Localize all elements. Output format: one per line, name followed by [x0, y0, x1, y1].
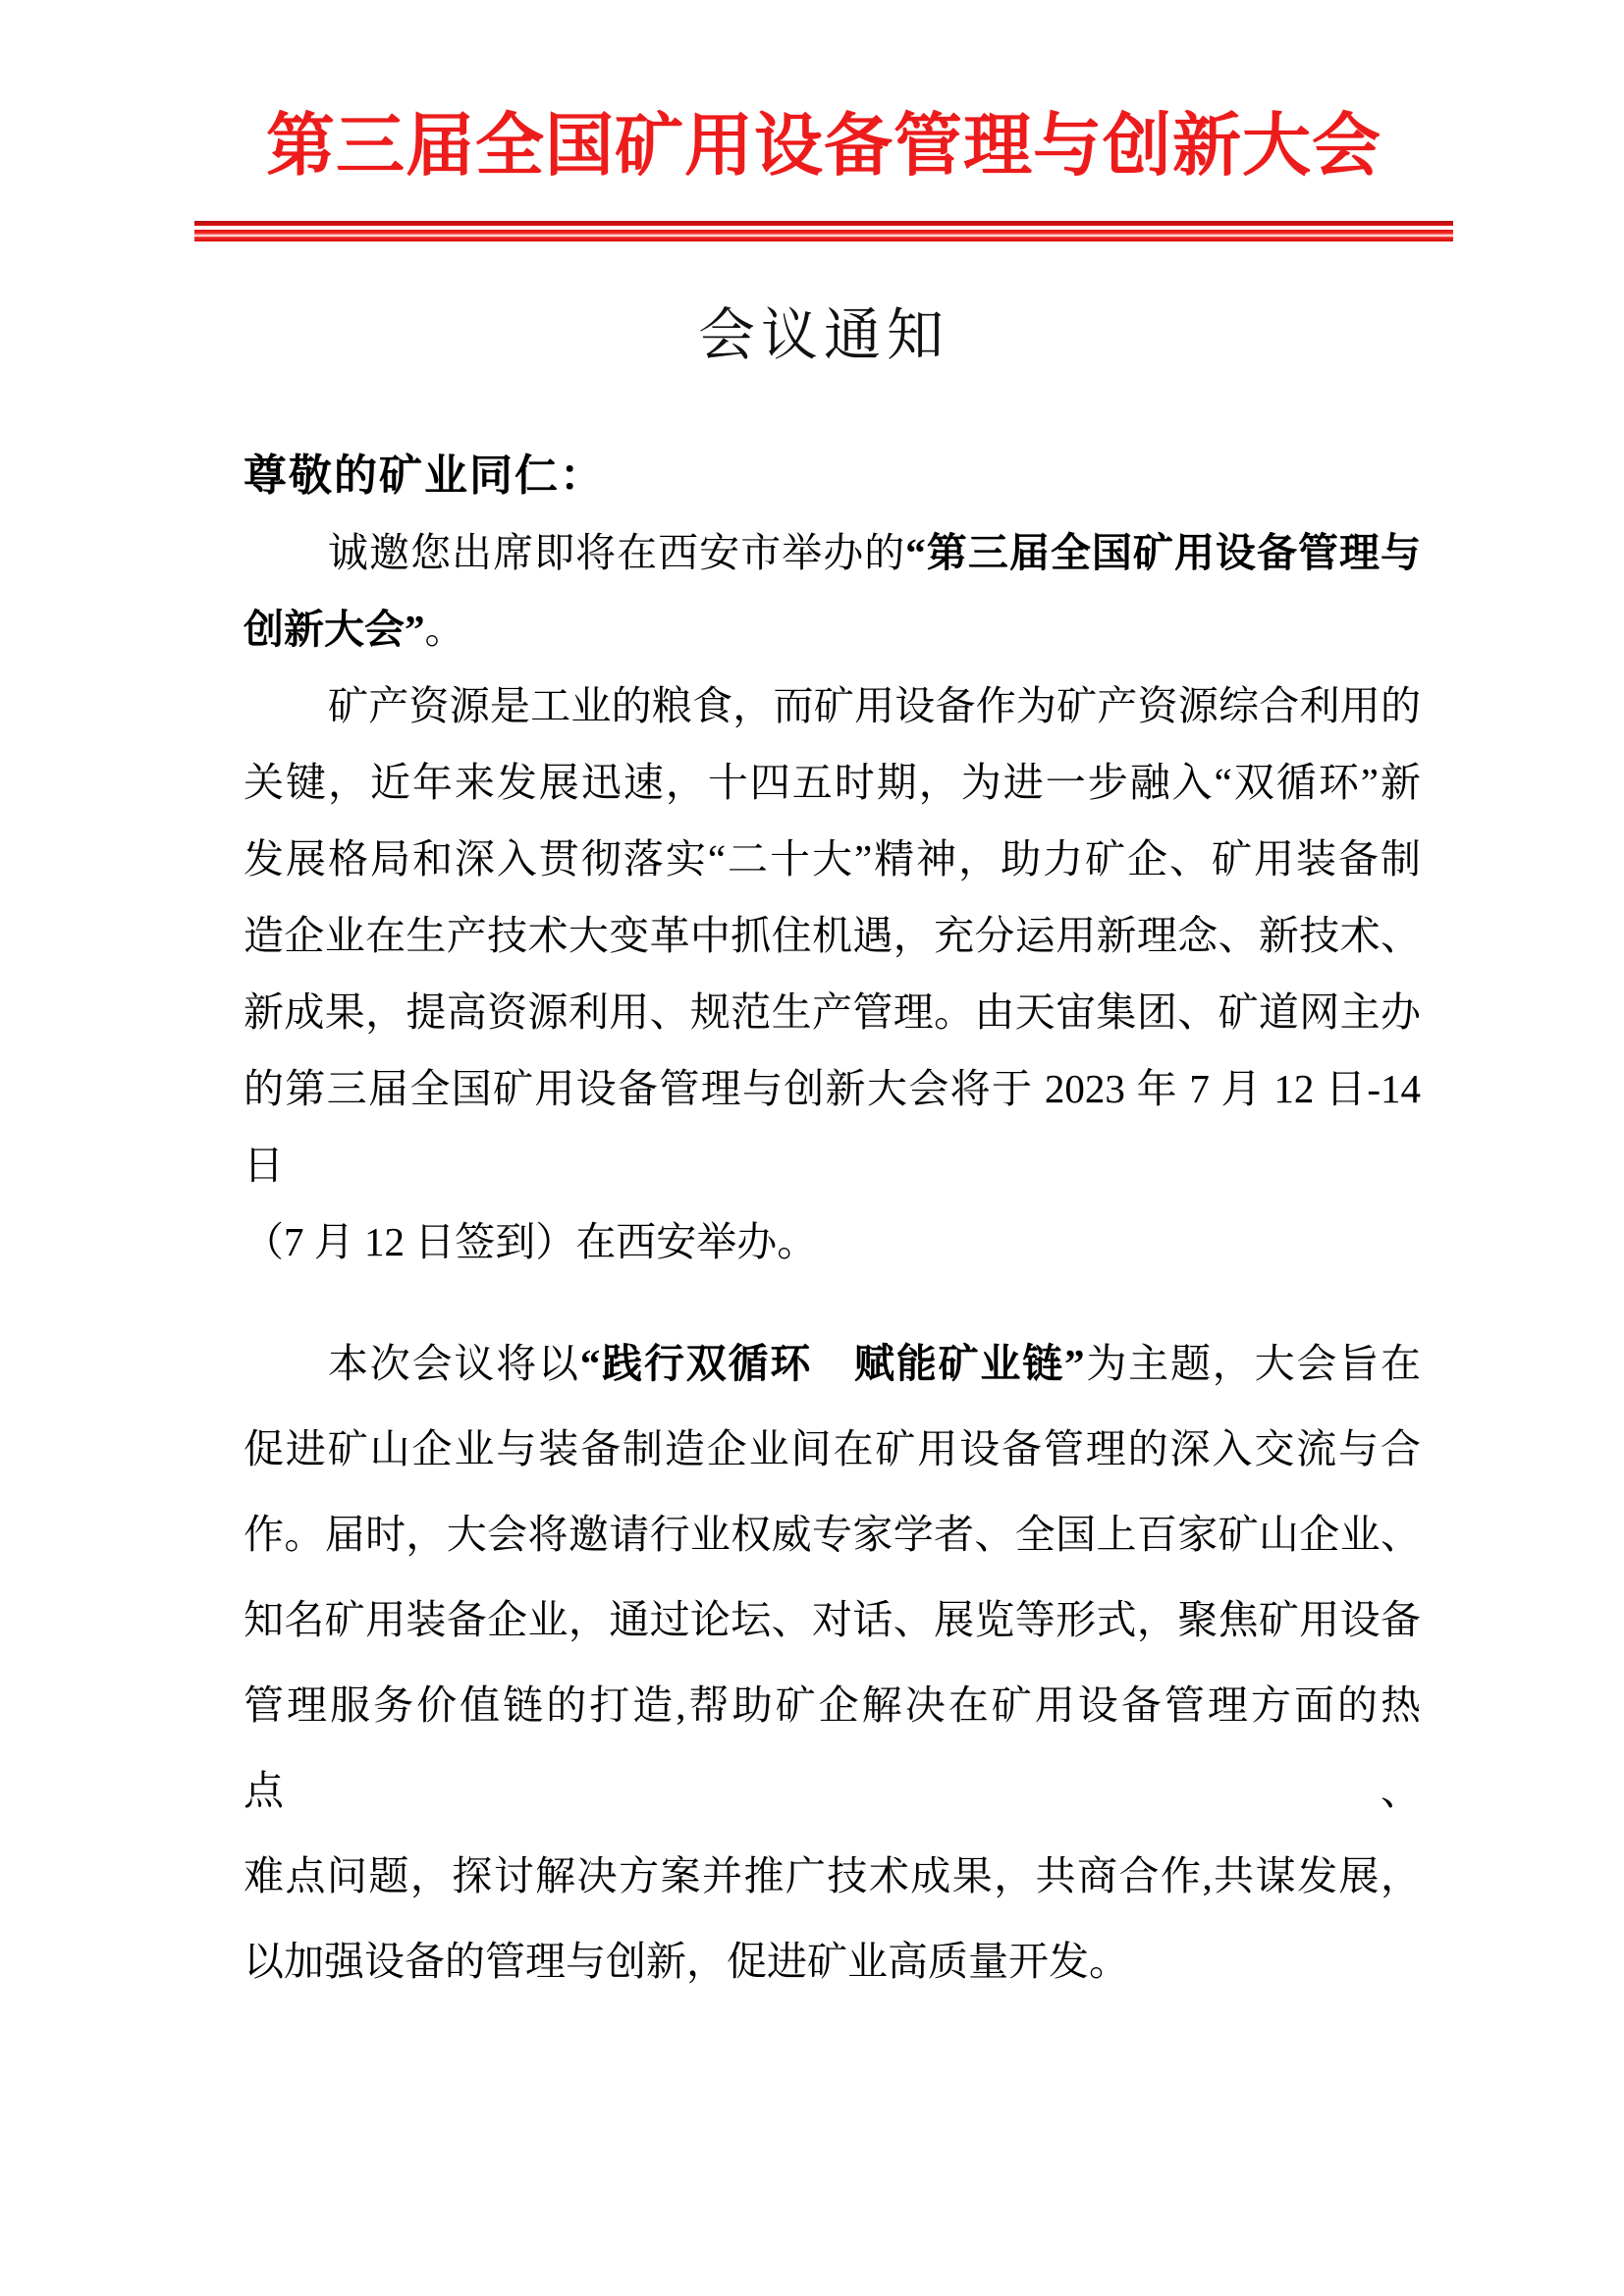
text-line: 促进矿山企业与装备制造企业间在矿用设备管理的深入交流与合: [244, 1407, 1421, 1492]
document-body: 第三届全国矿用设备管理与创新大会 会议通知 尊敬的矿业同仁： 诚邀您出席即将在西…: [194, 0, 1453, 2004]
text-line: 以加强设备的管理与创新，促进矿业高质量开发。: [244, 1919, 1421, 2004]
text-segment-bold: “践行双循环 赋能矿业链”: [580, 1341, 1085, 1386]
text-line: 新成果，提高资源利用、规范生产管理。由天宙集团、矿道网主办: [244, 974, 1421, 1050]
text-line: 知名矿用装备企业，通过论坛、对话、展览等形式，聚焦矿用设备: [244, 1577, 1421, 1663]
text-line: 关键，近年来发展迅速，十四五时期，为进一步融入“双循环”新: [244, 744, 1421, 821]
text-line: 矿产资源是工业的粮食，而矿用设备作为矿产资源综合利用的: [244, 667, 1421, 744]
text-segment: 本次会议将以: [328, 1341, 580, 1386]
text-line: 发展格局和深入贯彻落实“二十大”精神，助力矿企、矿用装备制: [244, 821, 1421, 897]
text-line: 创新大会”。: [244, 591, 1421, 667]
text-line: 的第三届全国矿用设备管理与创新大会将于 2023 年 7 月 12 日-14 日: [244, 1050, 1421, 1203]
title-divider: [194, 221, 1453, 241]
greeting-line: 尊敬的矿业同仁：: [244, 438, 1421, 514]
notice-heading: 会议通知: [194, 294, 1453, 377]
text-segment-bold: “第三届全国矿用设备管理与: [905, 530, 1421, 575]
section-theme: 本次会议将以“践行双循环 赋能矿业链”为主题，大会旨在 促进矿山企业与装备制造企…: [244, 1321, 1421, 2004]
text-line: 诚邀您出席即将在西安市举办的“第三届全国矿用设备管理与: [244, 514, 1421, 591]
text-line: 难点问题，探讨解决方案并推广技术成果，共商合作,共谋发展，: [244, 1834, 1421, 1919]
divider-thick-line: [194, 230, 1453, 241]
text-segment-bold: 创新大会”: [244, 607, 425, 652]
text-line: 作。届时，大会将邀请行业权威专家学者、全国上百家矿山企业、: [244, 1492, 1421, 1577]
text-segment: 为主题，大会旨在: [1085, 1341, 1421, 1386]
notice-content: 尊敬的矿业同仁： 诚邀您出席即将在西安市举办的“第三届全国矿用设备管理与 创新大…: [244, 438, 1421, 2004]
section-invitation-and-background: 诚邀您出席即将在西安市举办的“第三届全国矿用设备管理与 创新大会”。 矿产资源是…: [244, 514, 1421, 1280]
document-page: 第三届全国矿用设备管理与创新大会 会议通知 尊敬的矿业同仁： 诚邀您出席即将在西…: [0, 0, 1624, 2296]
text-line: （7 月 12 日签到）在西安举办。: [244, 1203, 1421, 1280]
text-segment: 。: [425, 607, 465, 652]
text-segment: 诚邀您出席即将在西安市举办的: [328, 530, 905, 575]
conference-banner-title: 第三届全国矿用设备管理与创新大会: [194, 0, 1453, 196]
text-line: 管理服务价值链的打造,帮助矿企解决在矿用设备管理方面的热点、: [244, 1663, 1421, 1834]
text-line: 本次会议将以“践行双循环 赋能矿业链”为主题，大会旨在: [244, 1321, 1421, 1407]
text-line: 造企业在生产技术大变革中抓住机遇，充分运用新理念、新技术、: [244, 897, 1421, 974]
